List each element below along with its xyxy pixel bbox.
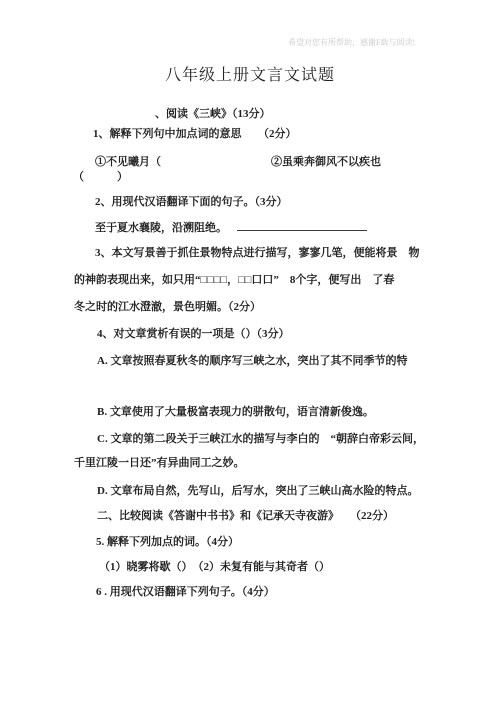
page-title: 八年级上册文言文试题 [0,62,500,85]
section2-heading: 二、比较阅读《答谢中书书》和《记承天寺夜游》 （22分） [97,510,394,523]
question4-option-c-line2: 千里江陵一日还”有异曲同工之妙。 [74,457,245,470]
watermark-text: 希望对您有所帮助，感谢F载与阅读! [288,38,415,48]
question2-sentence-text: 至于夏水襄陵，沿溯阻绝。 [95,222,227,234]
question5-stem: 5. 解释下列加点的词。（4分） [96,536,239,549]
question4-option-b: B. 文章使用了大量极富表现力的骈散句，语言清新俊逸。 [97,406,374,419]
question4-option-a: A. 文章按照春夏秋冬的顺序写三峡之水，突出了其不同季节的特 [97,355,407,368]
question2-sentence-line: 至于夏水襄陵，沿溯阻绝。 [95,220,367,235]
question4-option-c-line1: C. 文章的第二段关于三峡江水的描写与李白的 “朝辞白帝彩云间， [97,433,424,446]
question3-line3: 冬之时的江水澄澈，景色明媚。（2分） [74,301,261,314]
question1-stem: 1、解释下列句中加点词的意思 （2分） [93,128,297,141]
question3-line2: 的神韵表现出来，如只用“□□□□，□□口口” 8个字，便写出 了春 [74,274,394,287]
question4-option-d: D. 文章布局自然，先写山，后写水，突出了三峡山高水险的特点。 [97,485,418,498]
answer-blank-line [237,220,367,231]
question3-line1: 3、本文写景善于抓住景物特点进行描写，寥寥几笔，便能将景 物 [95,247,420,260]
question1-items: ①不见曦月（ ②虽乘奔御风不以疾也 [95,156,381,169]
question4-stem: 4、对文章赏析有误的一项是（）（3分） [97,328,290,341]
section1-heading: 、阅读《三峡》（13分） [155,108,271,121]
question5-items: （1）晓雾将歇（） （2）未复有能与其奇者（） [99,561,330,574]
question2-stem: 2、用现代汉语翻译下面的句子。（3分） [95,196,288,209]
question6-stem: 6 . 用现代汉语翻译下列句子。（4分） [96,586,275,599]
question1-items-continuation: （ ） [73,171,128,184]
test-paper-page: 希望对您有所帮助，感谢F载与阅读! 八年级上册文言文试题 、阅读《三峡》（13分… [0,0,500,708]
